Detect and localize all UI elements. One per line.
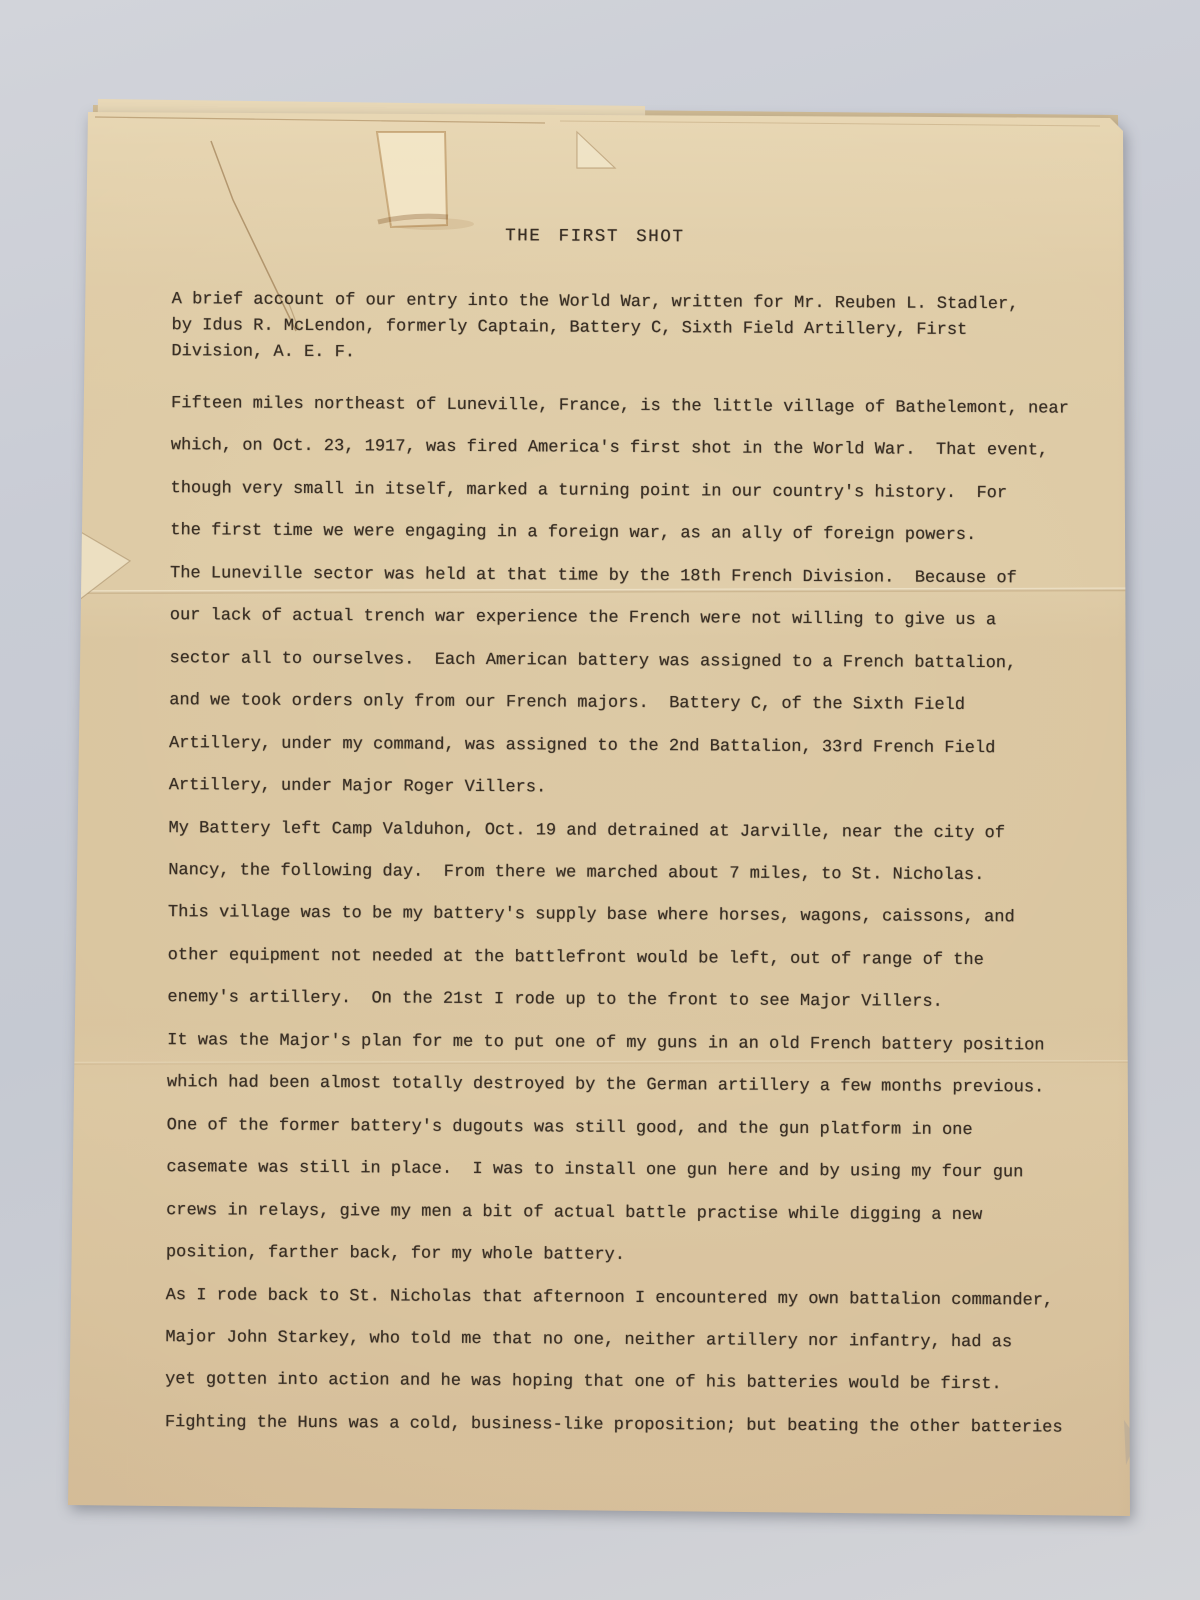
typed-line: The Luneville sector was held at that ti…	[170, 553, 1068, 601]
typed-line: One of the former battery's dugouts was …	[167, 1105, 1065, 1153]
typed-line: yet gotten into action and he was hoping…	[165, 1360, 1063, 1408]
typed-line: crews in relays, give my men a bit of ac…	[166, 1190, 1064, 1238]
photo-background: THE FIRST SHOT A brief account of our en…	[0, 0, 1200, 1600]
typed-line: As I rode back to St. Nicholas that afte…	[165, 1275, 1063, 1323]
typed-line: our lack of actual trench war experience…	[170, 595, 1068, 643]
typed-line: Major John Starkey, who told me that no …	[165, 1317, 1063, 1365]
typed-line: Fighting the Huns was a cold, business-l…	[165, 1402, 1063, 1450]
typed-line: My Battery left Camp Valduhon, Oct. 19 a…	[168, 808, 1066, 856]
typed-line: position, farther back, for my whole bat…	[166, 1232, 1064, 1280]
typed-line: casemate was still in place. I was to in…	[166, 1147, 1064, 1195]
document-page: THE FIRST SHOT A brief account of our en…	[0, 0, 1200, 1600]
typed-line: Artillery, under my command, was assigne…	[169, 723, 1067, 771]
typed-line: Artillery, under Major Roger Villers.	[169, 765, 1067, 813]
typed-line: which, on Oct. 23, 1917, was fired Ameri…	[171, 426, 1069, 474]
typed-line: other equipment not needed at the battle…	[168, 935, 1066, 983]
typed-line: This village was to be my battery's supp…	[168, 893, 1066, 941]
typed-line: enemy's artillery. On the 21st I rode up…	[167, 977, 1065, 1025]
typed-line: and we took orders only from our French …	[169, 680, 1067, 728]
typed-line: the first time we were engaging in a for…	[170, 510, 1068, 558]
typed-text: THE FIRST SHOT A brief account of our en…	[0, 0, 1200, 1600]
typed-line: Fifteen miles northeast of Luneville, Fr…	[171, 383, 1069, 431]
document-title: THE FIRST SHOT	[505, 226, 685, 247]
paper-shadow-wrap: THE FIRST SHOT A brief account of our en…	[0, 0, 1200, 1600]
typed-line: Nancy, the following day. From there we …	[168, 850, 1066, 898]
typed-line: Division, A. E. F.	[171, 339, 1018, 370]
intro-paragraph: A brief account of our entry into the Wo…	[171, 287, 1018, 370]
typed-line: which had been almost totally destroyed …	[167, 1062, 1065, 1110]
typed-line: though very small in itself, marked a tu…	[170, 468, 1068, 516]
typed-line: sector all to ourselves. Each American b…	[169, 638, 1067, 686]
body-paragraphs: Fifteen miles northeast of Luneville, Fr…	[165, 383, 1069, 1450]
typed-line: It was the Major's plan for me to put on…	[167, 1020, 1065, 1068]
